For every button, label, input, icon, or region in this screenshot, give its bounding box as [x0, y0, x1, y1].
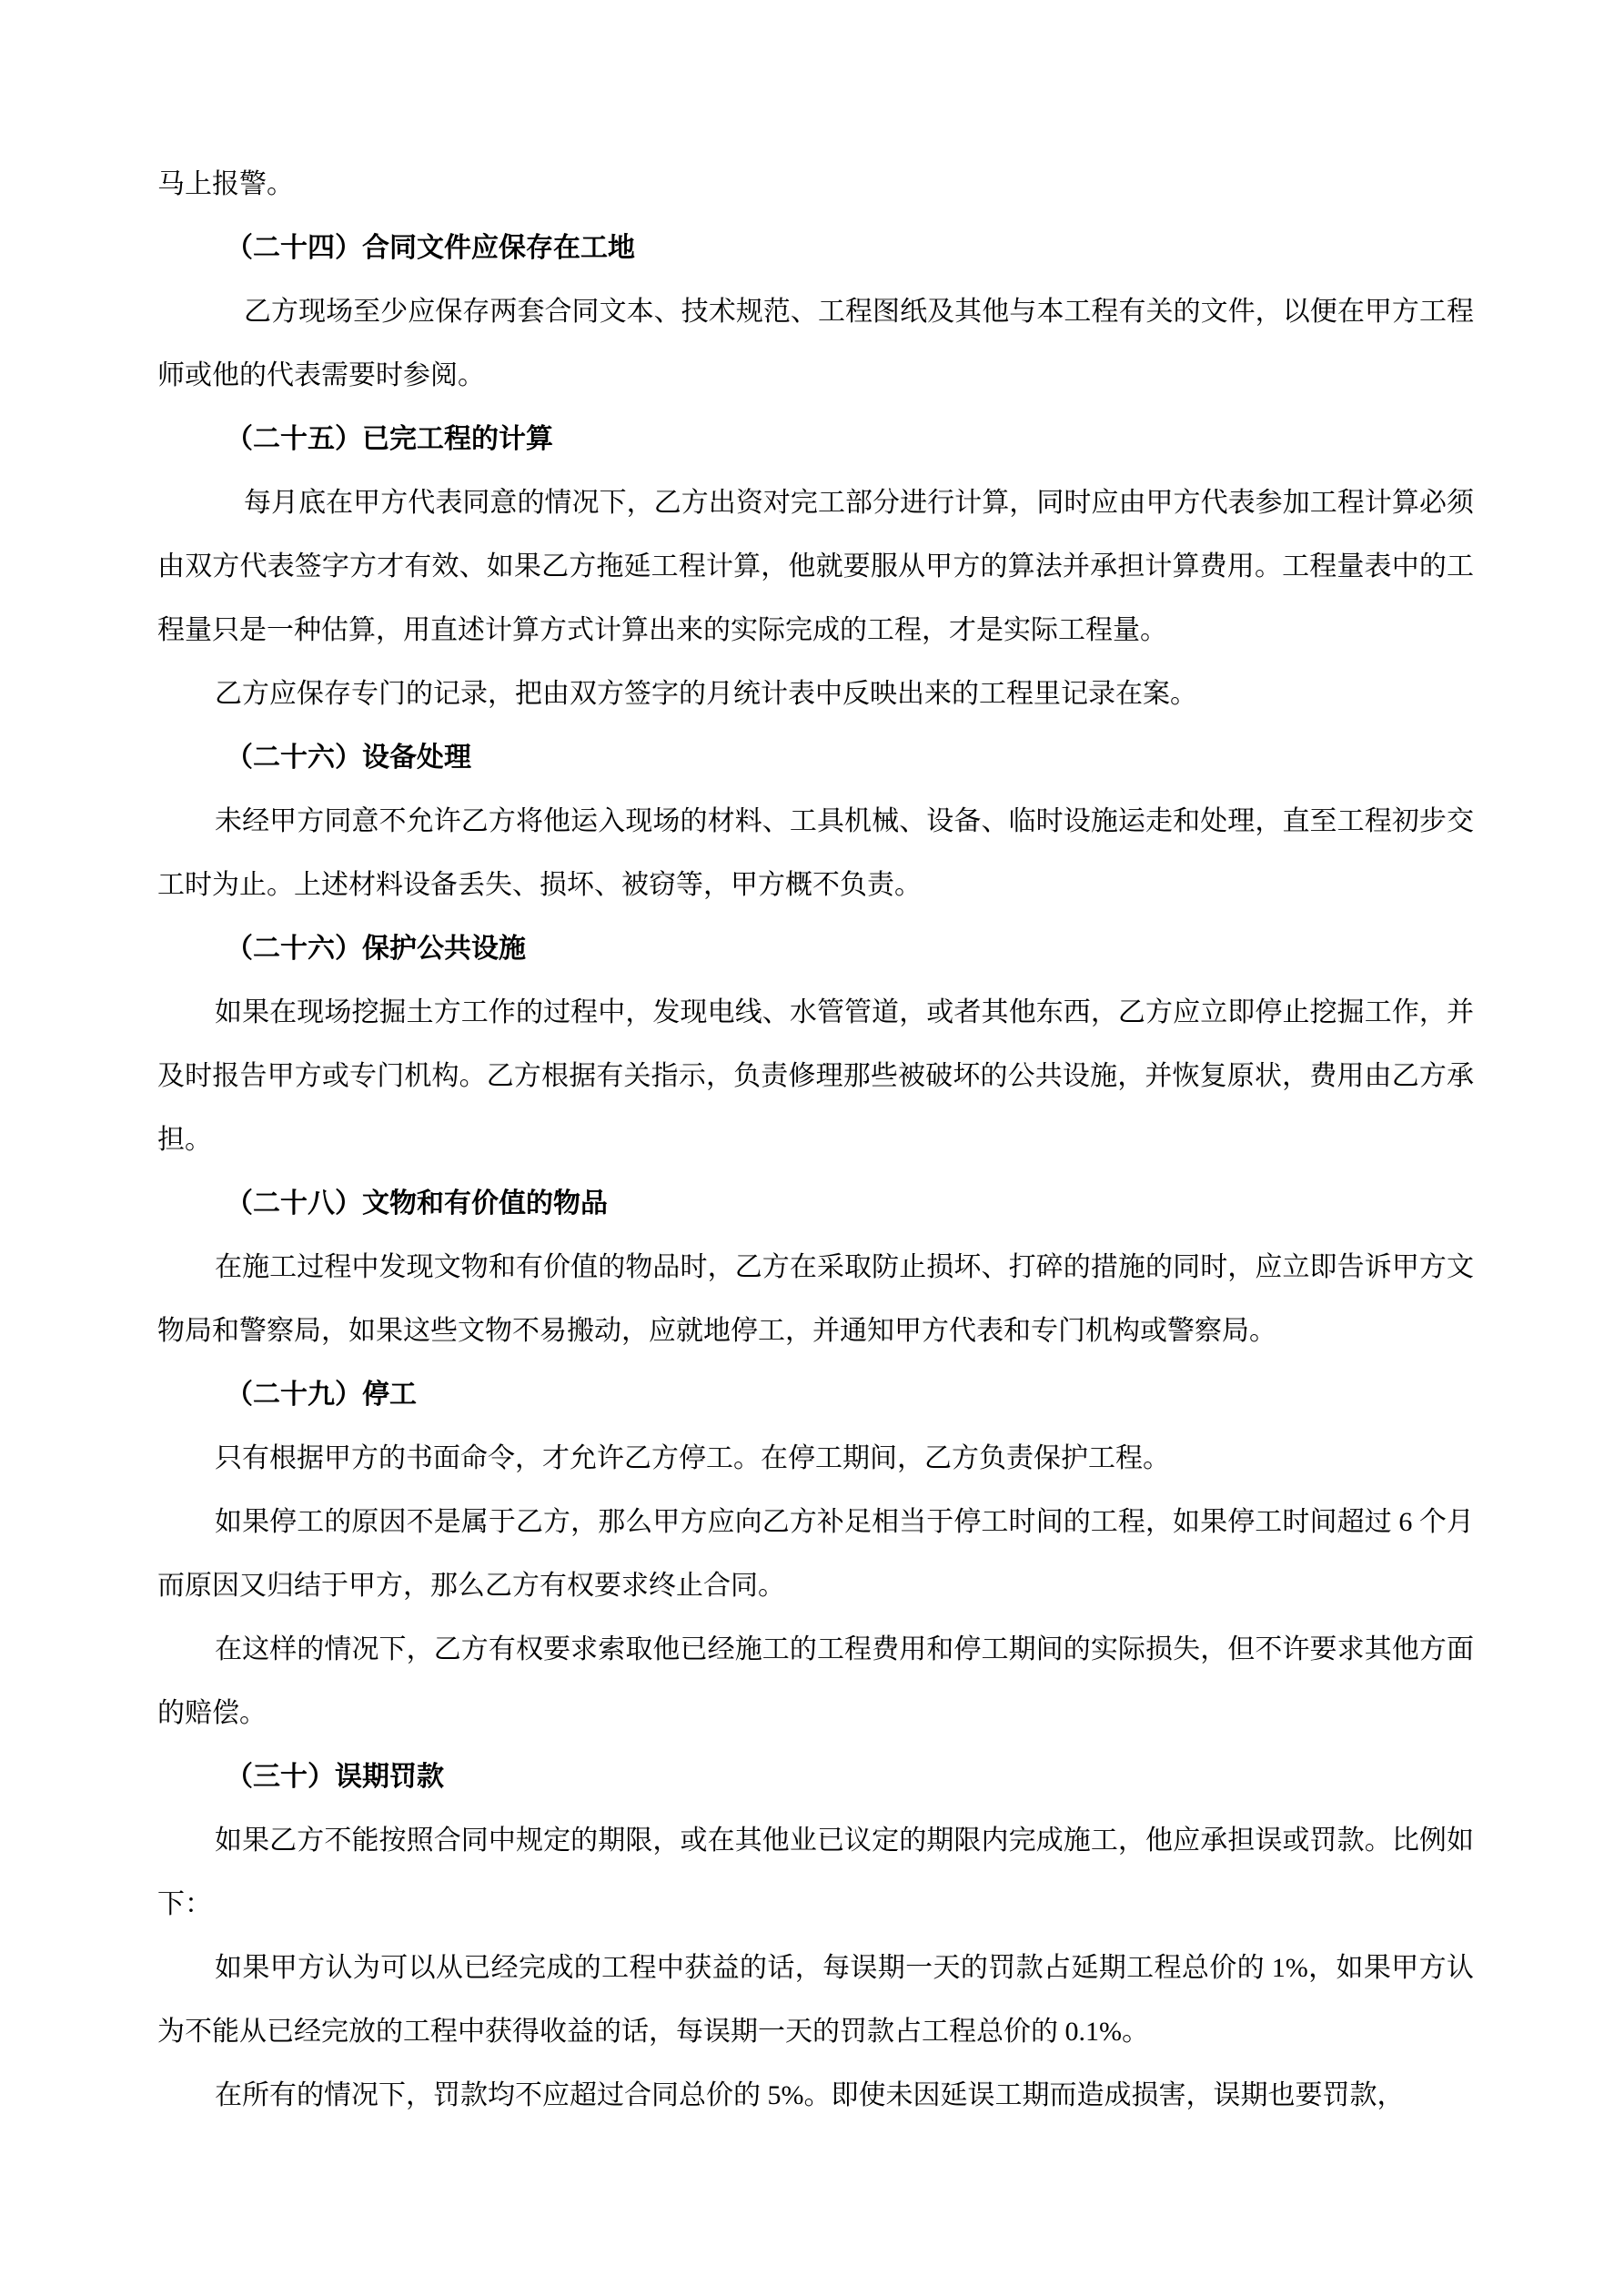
- section-heading-28: （二十八）文物和有价值的物品: [157, 1172, 1474, 1236]
- paragraph-continuation: 马上报警。: [157, 153, 1474, 217]
- contract-document-page: 马上报警。 （二十四）合同文件应保存在工地 乙方现场至少应保存两套合同文本、技术…: [0, 0, 1624, 2296]
- section-heading-29: （二十九）停工: [157, 1363, 1474, 1427]
- document-body: 马上报警。 （二十四）合同文件应保存在工地 乙方现场至少应保存两套合同文本、技术…: [157, 153, 1474, 2128]
- paragraph: 如果停工的原因不是属于乙方，那么甲方应向乙方补足相当于停工时间的工程，如果停工时…: [157, 1491, 1474, 1618]
- paragraph: 在所有的情况下，罚款均不应超过合同总价的 5%。即使未因延误工期而造成损害，误期…: [157, 2064, 1474, 2128]
- paragraph: 乙方现场至少应保存两套合同文本、技术规范、工程图纸及其他与本工程有关的文件，以便…: [157, 280, 1474, 408]
- paragraph: 乙方应保存专门的记录，把由双方签字的月统计表中反映出来的工程里记录在案。: [157, 663, 1474, 726]
- paragraph: 如果乙方不能按照合同中规定的期限，或在其他业已议定的期限内完成施工，他应承担误或…: [157, 1809, 1474, 1937]
- paragraph: 在这样的情况下，乙方有权要求索取他已经施工的工程费用和停工期间的实际损失，但不许…: [157, 1618, 1474, 1745]
- section-heading-30: （三十）误期罚款: [157, 1745, 1474, 1809]
- paragraph: 在施工过程中发现文物和有价值的物品时，乙方在采取防止损坏、打碎的措施的同时，应立…: [157, 1236, 1474, 1363]
- paragraph: 未经甲方同意不允许乙方将他运入现场的材料、工具机械、设备、临时设施运走和处理，直…: [157, 790, 1474, 917]
- section-heading-26-equipment: （二十六）设备处理: [157, 726, 1474, 790]
- section-heading-26-public-facilities: （二十六）保护公共设施: [157, 917, 1474, 981]
- section-heading-25: （二十五）已完工程的计算: [157, 408, 1474, 471]
- paragraph: 只有根据甲方的书面命令，才允许乙方停工。在停工期间，乙方负责保护工程。: [157, 1427, 1474, 1491]
- section-heading-24: （二十四）合同文件应保存在工地: [157, 217, 1474, 280]
- paragraph: 如果在现场挖掘土方工作的过程中，发现电线、水管管道，或者其他东西，乙方应立即停止…: [157, 981, 1474, 1172]
- paragraph: 如果甲方认为可以从已经完成的工程中获益的话，每误期一天的罚款占延期工程总价的 1…: [157, 1937, 1474, 2064]
- paragraph: 每月底在甲方代表同意的情况下，乙方出资对完工部分进行计算，同时应由甲方代表参加工…: [157, 471, 1474, 663]
